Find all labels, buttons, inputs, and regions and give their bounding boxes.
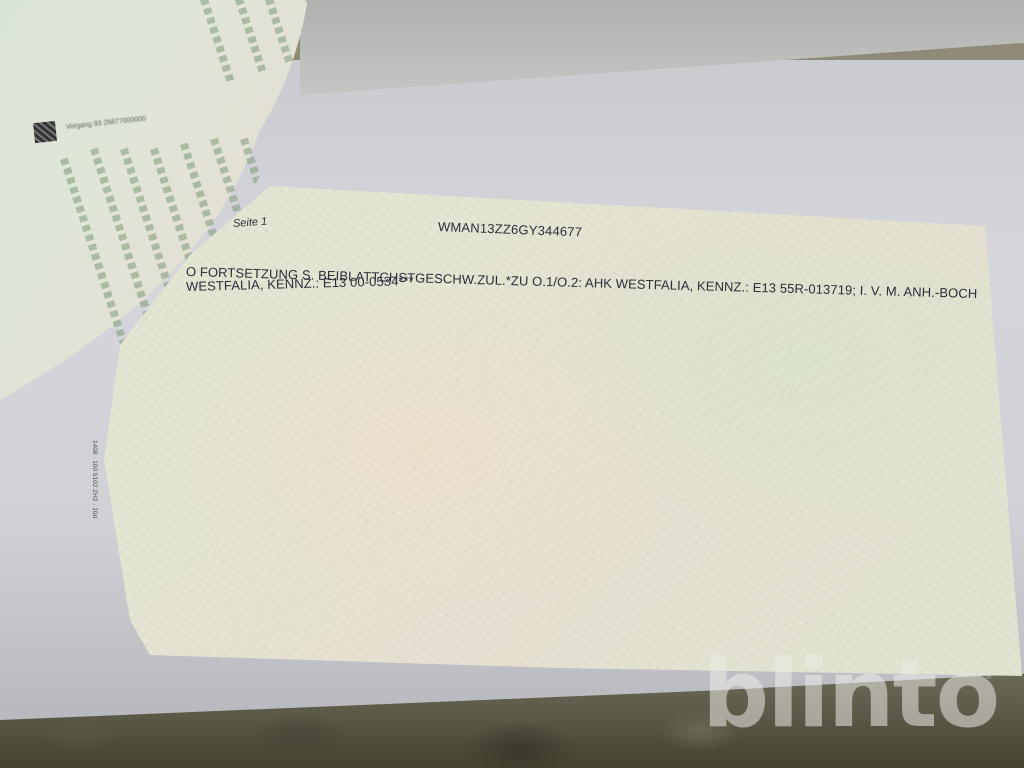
blinto-watermark: blinto [702, 648, 998, 742]
page-label: Seite 1 [233, 216, 268, 230]
side-print-code: 1408 · 100 9102 ZH2 · 10d [91, 440, 98, 518]
registered-mark: ® [986, 672, 992, 681]
qr-code-icon [33, 121, 57, 143]
